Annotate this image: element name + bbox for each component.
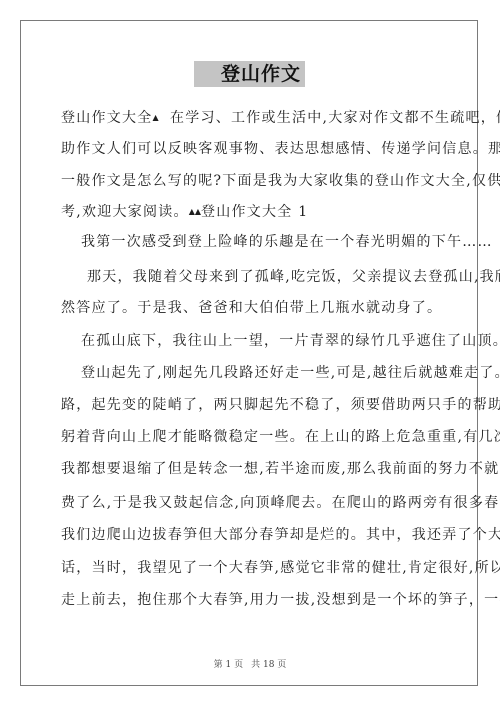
text-line: 我都想要退缩了但是转念一想,若半途而废,那么我前面的努力不就白: [61, 459, 500, 479]
text-segment: 登山作文大全: [61, 110, 153, 126]
text-line: 话，当时，我望见了一个大春笋,感觉它非常的健壮,肯定很好,所以我: [61, 558, 500, 578]
text-line: 考,欢迎大家阅读。▲▲登山作文大全 1: [61, 202, 308, 222]
text-line: 在孤山底下，我往山上一望，一片青翠的绿竹几乎遮住了山顶。: [81, 331, 500, 351]
title-banner: 登山作文: [194, 61, 305, 87]
text-segment: 在学习、工作或生活中,大家对作文都不生疏吧，借: [159, 110, 500, 126]
text-line: 躬着背向山上爬才能略微稳定一些。在上山的路上危急重重,有几次，: [61, 427, 500, 447]
text-line: 费了么,于是我又鼓起信念,向顶峰爬去。在爬山的路两旁有很多春笋,: [61, 493, 500, 513]
text-line: 登山作文大全▲ 在学习、工作或生活中,大家对作文都不生疏吧，借: [61, 108, 500, 128]
document-title: 登山作文: [221, 61, 301, 87]
text-line: 助作文人们可以反映客观事物、表达思想感情、传递学问信息。那么: [61, 139, 500, 159]
page-total: 共 18 页: [251, 660, 286, 670]
triangle-mark-icon: ▲▲: [189, 207, 201, 216]
text-line: 走上前去，抱住那个大春笋,用力一拔,没想到是一个坏的笋子，一不: [61, 590, 500, 610]
text-segment: 登山作文大全 1: [201, 204, 308, 220]
text-line: 路，起先变的陡峭了，两只脚起先不稳了，须要借助两只手的帮助，: [61, 395, 500, 415]
text-line: 登山起先了,刚起先几段路还好走一些,可是,越往后就越难走了。: [81, 363, 500, 383]
text-segment: 考,欢迎大家阅读。: [61, 204, 189, 220]
text-line: 那天，我随着父母来到了孤峰,吃完饭，父亲提议去登孤山,我欣: [87, 267, 500, 287]
page-footer: 第 1 页共 18 页: [0, 657, 500, 670]
text-line: 我第一次感受到登上险峰的乐趣是在一个春光明媚的下午……: [81, 232, 493, 252]
page-number: 第 1 页: [214, 660, 243, 670]
text-line: 我们边爬山边拔春笋但大部分春笋却是烂的。其中，我还弄了个大笑: [61, 525, 500, 545]
text-line: 然答应了。于是我、爸爸和大伯伯带上几瓶水就动身了。: [61, 298, 442, 318]
text-line: 一般作文是怎么写的呢?下面是我为大家收集的登山作文大全,仅供参: [61, 171, 500, 191]
